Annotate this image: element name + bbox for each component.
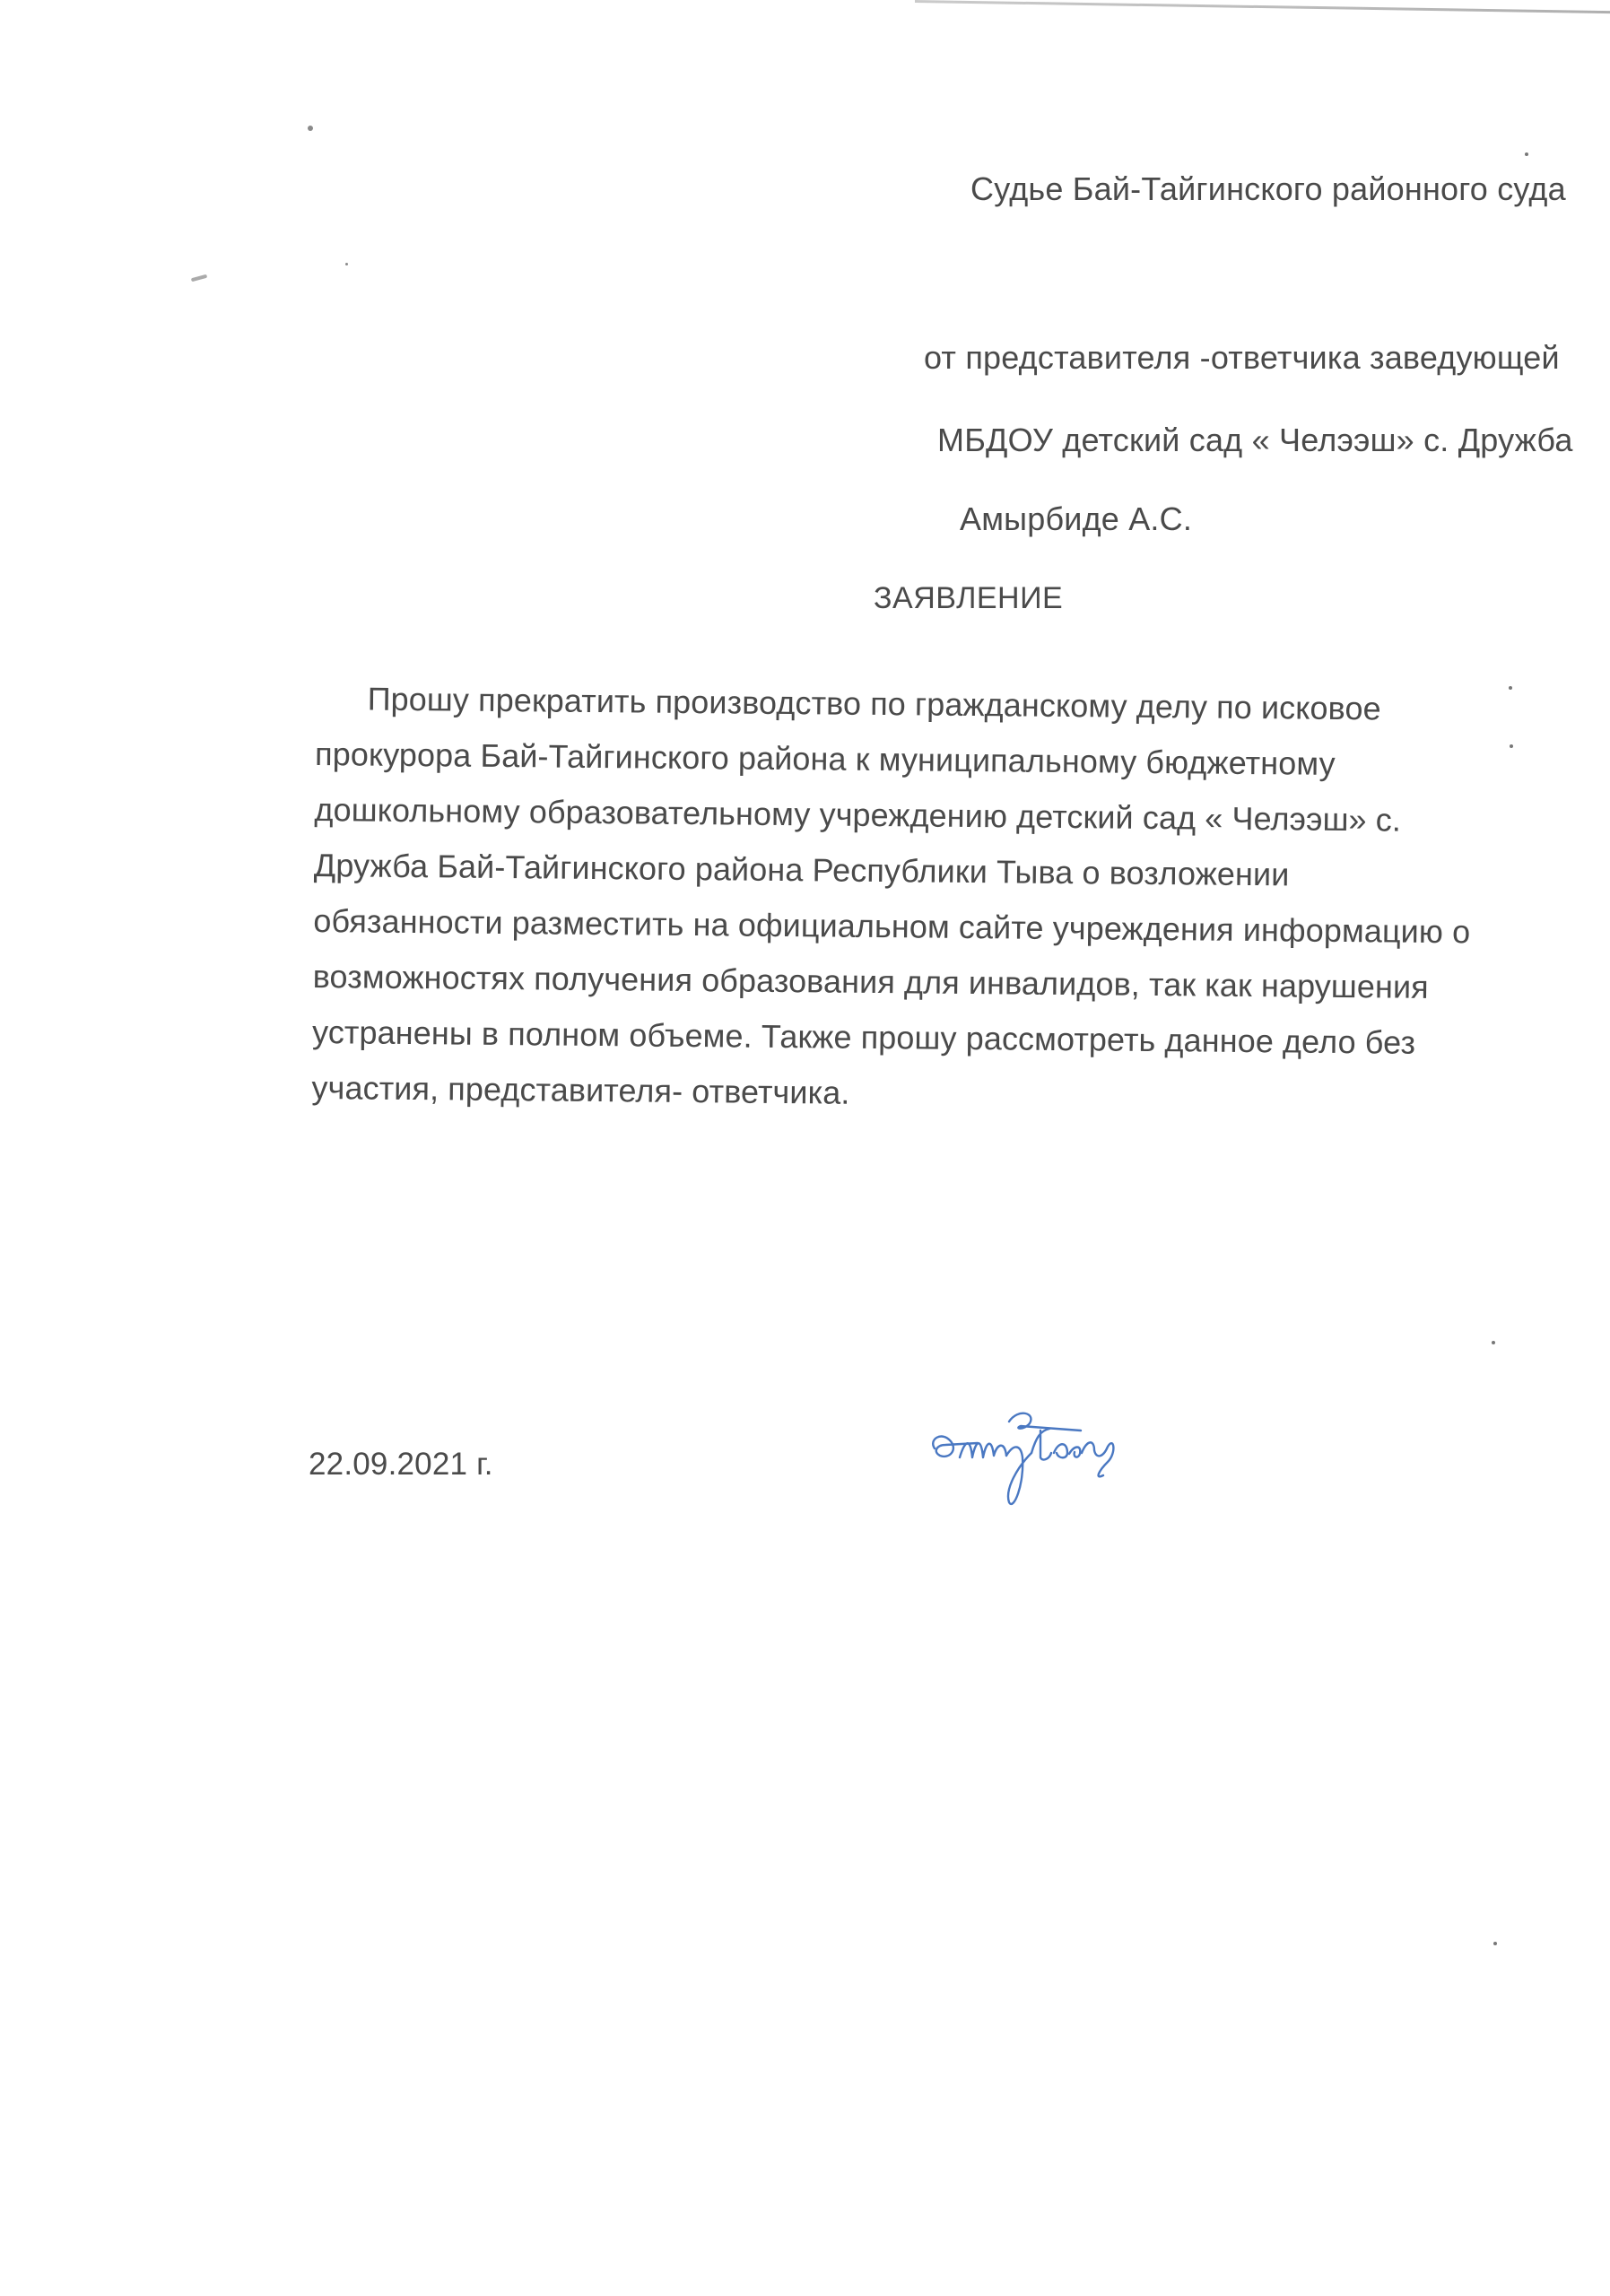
document-date: 22.09.2021 г. xyxy=(309,1447,493,1483)
sender-name: Амырбиде А.С. xyxy=(960,500,1192,538)
sender-line-1: от представителя -ответчика заведующей xyxy=(924,339,1560,377)
scan-speck xyxy=(1492,1341,1495,1344)
scan-speck xyxy=(191,274,207,283)
scanned-document-page: Судье Бай-Тайгинского районного суда от … xyxy=(0,0,1610,2296)
document-title: ЗАЯВЛЕНИЕ xyxy=(874,581,1063,616)
scan-speck xyxy=(308,126,313,131)
scan-speck xyxy=(1493,1942,1497,1945)
scan-edge-line xyxy=(915,0,1610,14)
addressee-line: Судье Бай-Тайгинского районного суда xyxy=(970,170,1566,208)
statement-body: Прошу прекратить производство по граждан… xyxy=(311,671,1607,1128)
scan-speck xyxy=(1525,152,1528,156)
signature-icon xyxy=(924,1404,1211,1520)
sender-line-2: МБДОУ детский сад « Челээш» с. Дружба xyxy=(937,422,1573,459)
scan-speck xyxy=(345,263,348,265)
